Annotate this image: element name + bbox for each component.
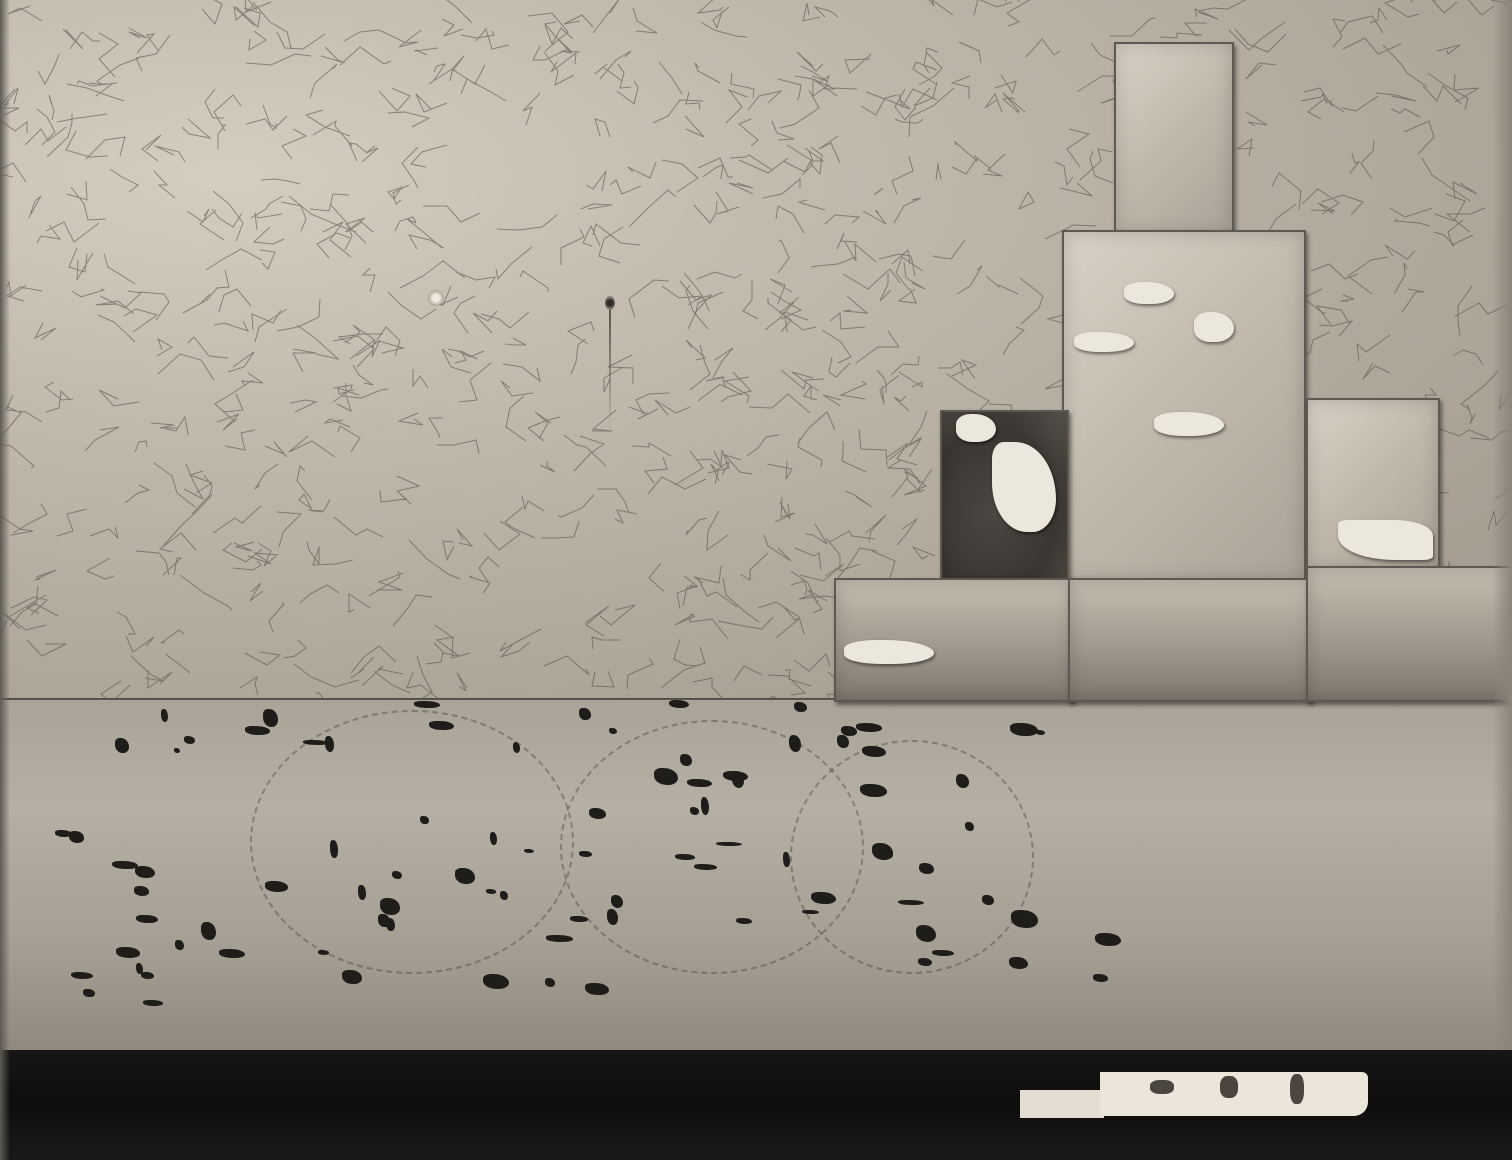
paint-chip [141,972,154,979]
paint-chip [174,748,181,754]
paint-chip [860,784,887,797]
paint-chip [414,701,440,707]
right-curled-patch [1306,398,1440,570]
paint-chip [342,970,362,985]
paint-chip [184,736,195,744]
paint-chip [690,807,700,815]
paint-chip [837,735,849,748]
paint-chip [135,866,156,878]
paint-chip [546,935,573,941]
paint-bump [428,290,444,306]
paint-chip [918,958,932,966]
torn-white-fragment [1020,1072,1368,1118]
paint-chip [201,922,216,940]
paint-chip [1093,974,1108,982]
paint-chip [420,816,428,824]
lower-left-patch [834,578,1074,702]
dark-exposed-patch [940,410,1069,582]
paint-chip [429,721,454,731]
paint-chip [585,983,609,995]
rust-drip [609,310,611,430]
paint-chip [570,916,588,923]
paint-chip [175,940,183,950]
paint-chip [490,832,497,845]
paint-chip [856,723,883,732]
lower-center-patch [1068,578,1312,702]
paint-chip [378,914,390,928]
paint-chip [245,726,270,735]
nail-head [605,296,615,310]
lower-weathered-board [0,700,1512,1055]
paint-chip [783,852,789,867]
paint-chip [318,950,329,954]
paint-chip [71,972,93,979]
paint-chip [811,892,837,905]
paint-chip [609,728,617,734]
paint-chip [881,848,893,858]
left-border-shadow [0,0,10,1160]
paint-chip [115,738,129,753]
paint-chip [1010,723,1038,736]
paint-chip [143,1000,162,1006]
paint-chip [134,886,149,895]
paint-chip [524,849,534,853]
lower-right-patch [1306,566,1512,702]
paint-chip [83,989,94,997]
wood-grain-ring [250,710,574,974]
paint-chip [611,895,623,908]
wood-grain-ring [790,740,1034,974]
top-patch [1114,42,1234,236]
paint-chip [55,830,72,837]
paint-chip [392,871,403,879]
paint-chip [500,891,507,900]
paint-chip [263,709,278,727]
paint-chip [794,702,807,712]
paint-chip [136,915,158,924]
paint-chip [669,700,689,708]
paint-chip [1009,957,1028,969]
paint-chip [1095,933,1121,946]
paint-chip [112,861,138,869]
paint-chip [789,735,802,752]
paint-chip [898,900,924,905]
paint-chip [219,949,244,958]
paint-chip [802,910,819,914]
paint-chip [607,909,618,925]
right-border-shadow [1492,0,1512,1050]
paint-chip [358,885,365,899]
paint-chip [265,881,287,891]
paint-chip [330,840,338,857]
paint-chip [545,978,555,987]
paint-chip [483,974,509,989]
paint-chip [687,779,712,787]
peeling-paint-photograph [0,0,1512,1160]
paint-chip [579,851,591,857]
paint-chip [579,708,591,720]
center-patch [1062,230,1306,582]
paint-chip [486,889,496,893]
paint-chip [589,808,606,819]
paint-chip [380,898,400,915]
paint-chip [161,709,168,722]
paint-chip [675,854,695,860]
paint-chip [965,822,974,832]
paint-chip [680,754,692,766]
paint-chip [982,895,994,905]
paint-chip [116,947,140,958]
paint-chip [1011,910,1038,927]
